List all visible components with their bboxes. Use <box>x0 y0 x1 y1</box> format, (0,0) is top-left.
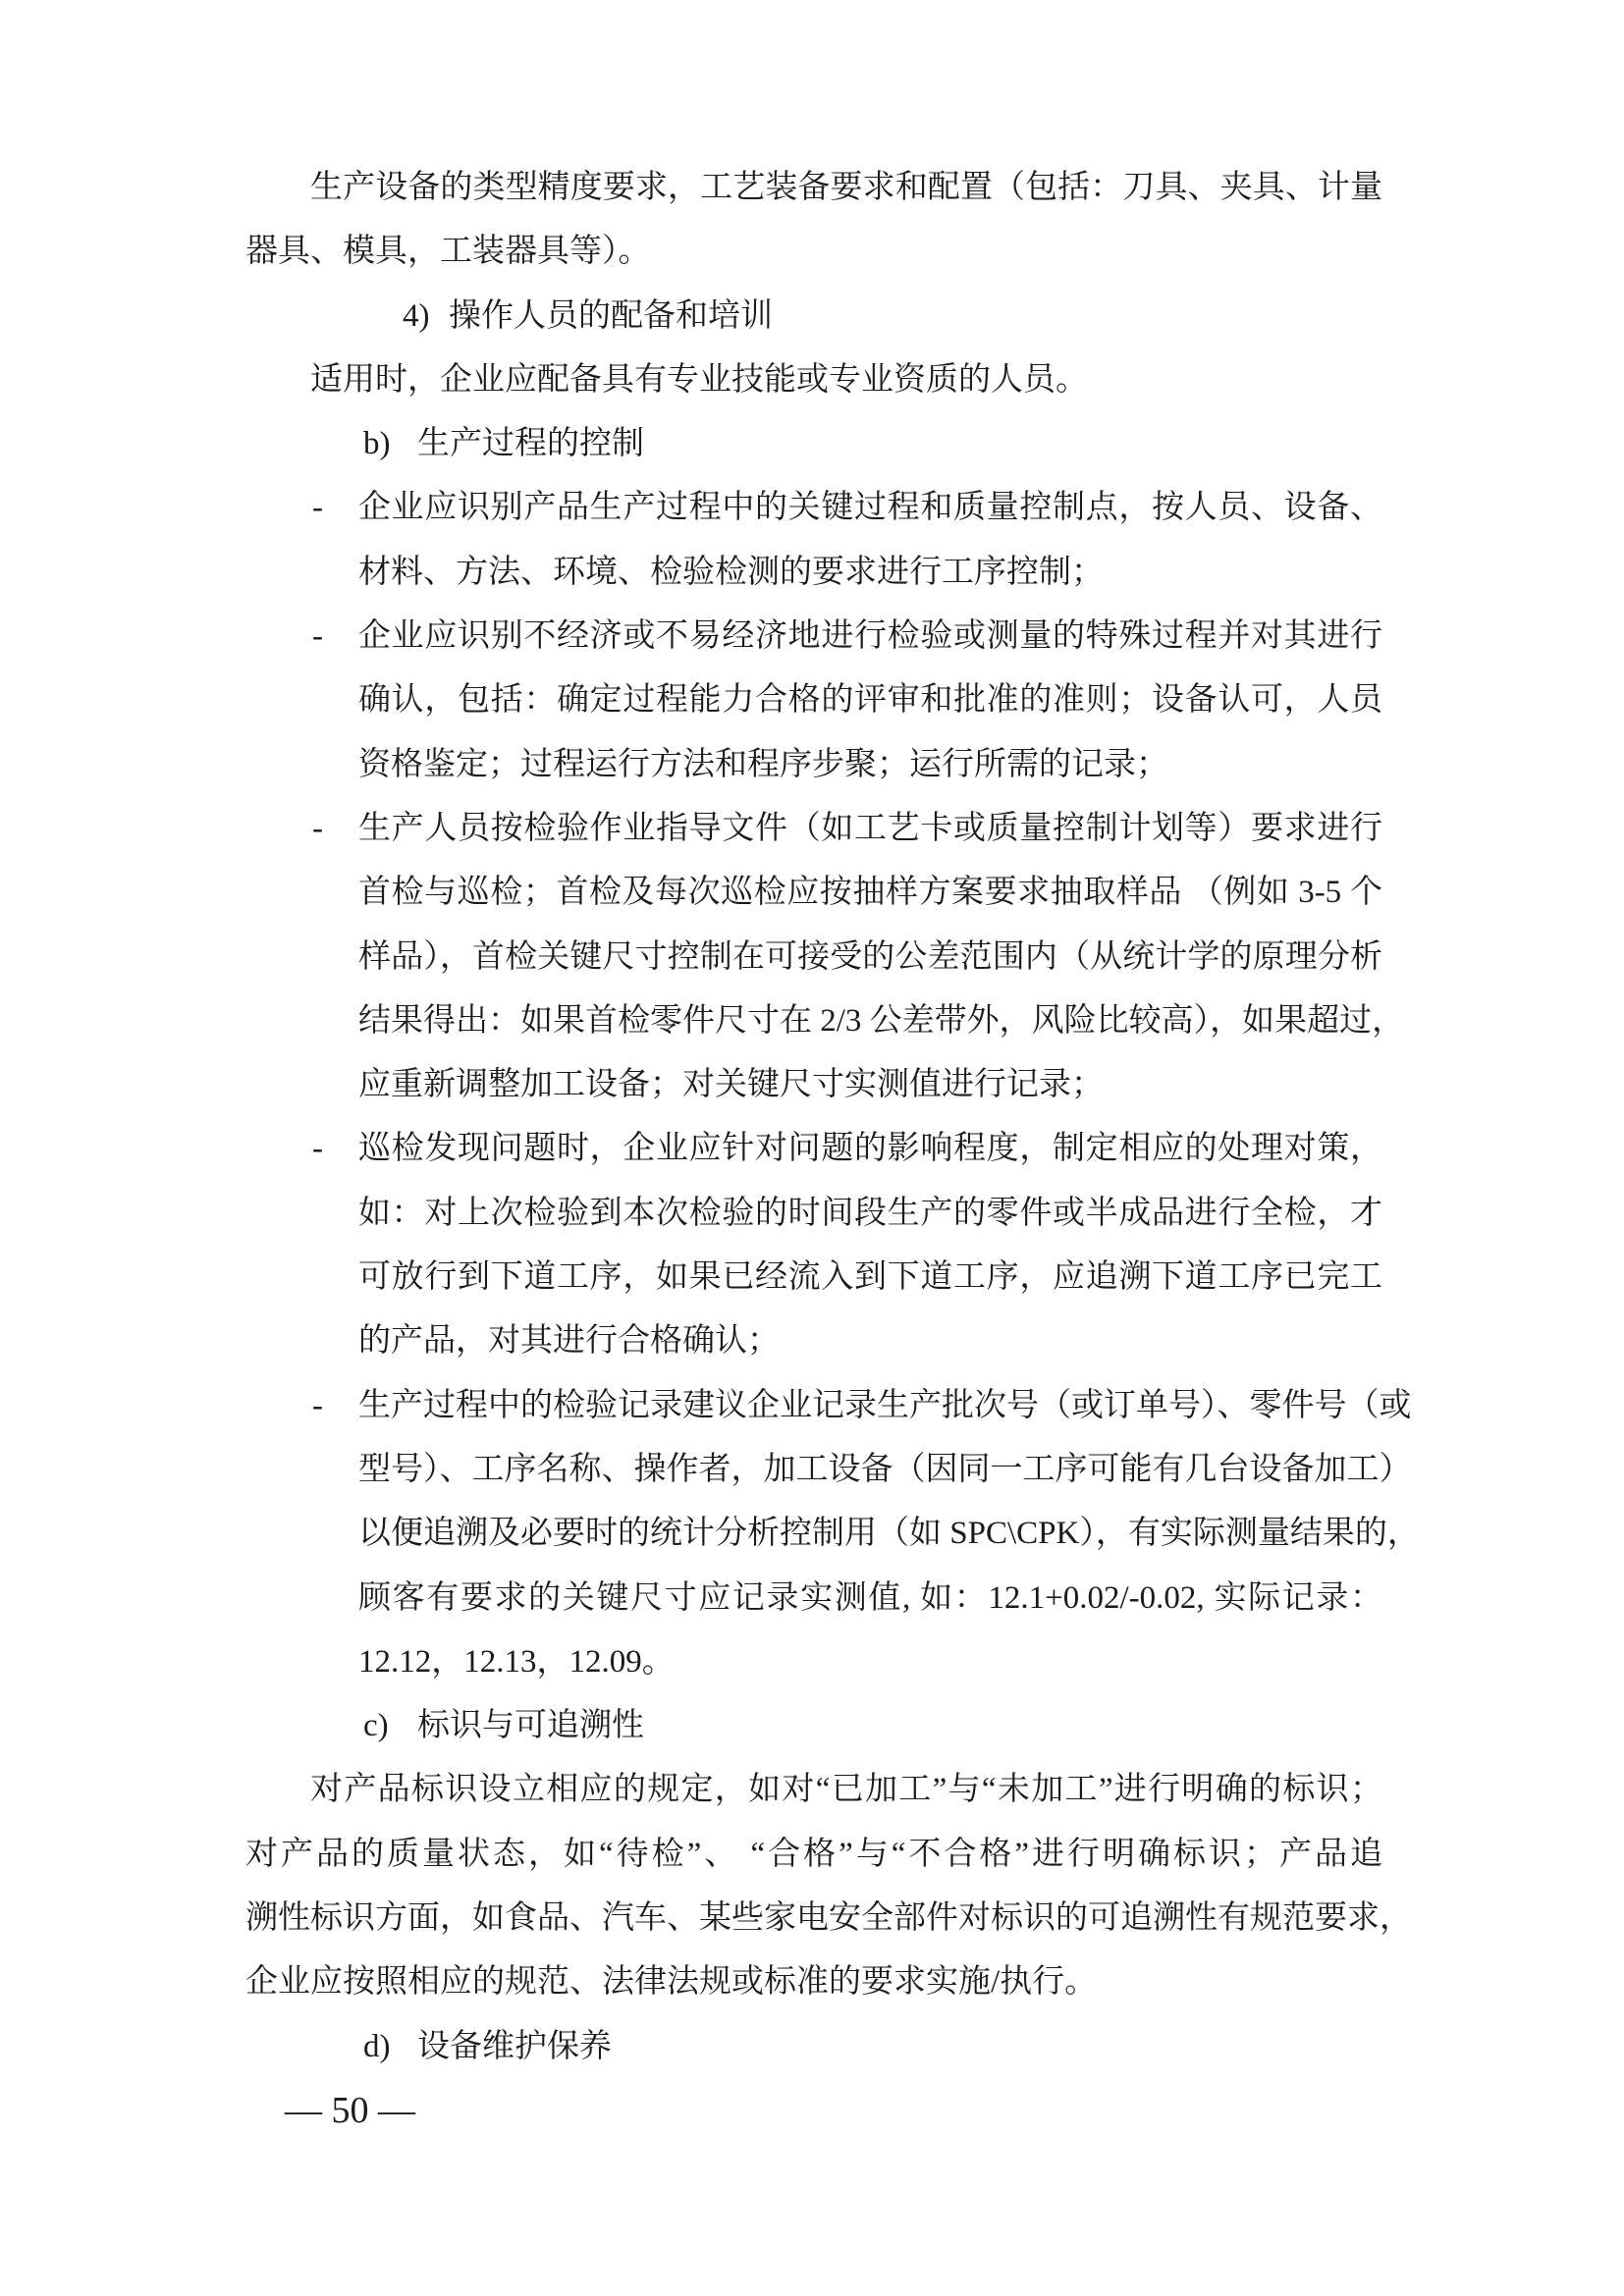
bullet-item-line: 确认，包括：确定过程能力合格的评审和批准的准则；设备认可，人员 <box>245 668 1382 732</box>
heading-d-label: d) <box>363 2015 391 2079</box>
heading-d: d)设备维护保养 <box>245 2015 1382 2079</box>
paragraph-line: 生产设备的类型精度要求，工艺装备要求和配置（包括：刀具、夹具、计量 <box>245 156 1382 220</box>
bullet-item-line: -巡检发现问题时，企业应针对问题的影响程度，制定相应的处理对策， <box>245 1117 1382 1181</box>
heading-4: 4)操作人员的配备和培训 <box>245 285 1382 348</box>
bullet-item-line: 首检与巡检；首检及每次巡检应按抽样方案要求抽取样品 （例如 3-5 个 <box>245 861 1382 925</box>
heading-4-label: 4) <box>403 285 430 348</box>
paragraph-line: 器具、模具，工装器具等）。 <box>245 220 1382 284</box>
bullet-dash: - <box>312 1374 323 1438</box>
bullet-item-line: 结果得出：如果首检零件尺寸在 2/3 公差带外，风险比较高），如果超过， <box>245 989 1382 1053</box>
paragraph-line: 溯性标识方面，如食品、汽车、某些家电安全部件对标识的可追溯性有规范要求， <box>245 1887 1382 1950</box>
bullet-item-line: 可放行到下道工序，如果已经流入到下道工序，应追溯下道工序已完工 <box>245 1246 1382 1309</box>
heading-4-text: 操作人员的配备和培训 <box>449 298 773 334</box>
heading-b-label: b) <box>363 412 391 476</box>
bullet-dash: - <box>312 797 323 861</box>
bullet-item-line: 以便追溯及必要时的统计分析控制用（如 SPC\CPK），有实际测量结果的， <box>245 1502 1382 1566</box>
paragraph-line: 对产品的质量状态，如“待检”、 “合格”与“不合格”进行明确标识；产品追 <box>245 1823 1382 1887</box>
heading-c-label: c) <box>363 1694 389 1758</box>
bullet-item-line: 如：对上次检验到本次检验的时间段生产的零件或半成品进行全检，才 <box>245 1182 1382 1246</box>
paragraph-line: 企业应按照相应的规范、法律法规或标准的要求实施/执行。 <box>245 1950 1382 2014</box>
bullet-item-line: -企业应识别不经济或不易经济地进行检验或测量的特殊过程并对其进行 <box>245 605 1382 668</box>
heading-d-text: 设备维护保养 <box>417 2029 612 2064</box>
heading-c-text: 标识与可追溯性 <box>417 1708 644 1743</box>
bullet-item-line: 样品），首检关键尺寸控制在可接受的公差范围内（从统计学的原理分析 <box>245 926 1382 989</box>
document-page: 生产设备的类型精度要求，工艺装备要求和配置（包括：刀具、夹具、计量 器具、模具，… <box>0 0 1624 2296</box>
bullet-item-line: 型号）、工序名称、操作者，加工设备（因同一工序可能有几台设备加工） <box>245 1438 1382 1502</box>
bullet-item-line: 顾客有要求的关键尺寸应记录实测值, 如：12.1+0.02/-0.02, 实际记… <box>245 1567 1382 1630</box>
bullet-item-line: 12.12，12.13，12.09。 <box>245 1630 1382 1694</box>
document-body: 生产设备的类型精度要求，工艺装备要求和配置（包括：刀具、夹具、计量 器具、模具，… <box>245 156 1382 2143</box>
bullet-item-line: 应重新调整加工设备；对关键尺寸实测值进行记录； <box>245 1053 1382 1117</box>
heading-c: c)标识与可追溯性 <box>245 1694 1382 1758</box>
bullet-item-line: 资格鉴定；过程运行方法和程序步聚；运行所需的记录； <box>245 733 1382 797</box>
bullet-item-line: 材料、方法、环境、检验检测的要求进行工序控制； <box>245 541 1382 605</box>
bullet-dash: - <box>312 605 323 668</box>
heading-b: b)生产过程的控制 <box>245 412 1382 476</box>
bullet-item-line: -生产过程中的检验记录建议企业记录生产批次号（或订单号）、零件号（或 <box>245 1374 1382 1438</box>
bullet-item-line: -生产人员按检验作业指导文件（如工艺卡或质量控制计划等）要求进行 <box>245 797 1382 861</box>
page-number: — 50 — <box>245 2079 1382 2143</box>
paragraph-line: 适用时，企业应配备具有专业技能或专业资质的人员。 <box>245 348 1382 412</box>
bullet-dash: - <box>312 476 323 540</box>
heading-b-text: 生产过程的控制 <box>417 426 644 461</box>
bullet-item-line: 的产品，对其进行合格确认； <box>245 1309 1382 1373</box>
bullet-item-line: -企业应识别产品生产过程中的关键过程和质量控制点，按人员、设备、 <box>245 476 1382 540</box>
bullet-dash: - <box>312 1117 323 1181</box>
paragraph-line: 对产品标识设立相应的规定，如对“已加工”与“未加工”进行明确的标识； <box>245 1758 1382 1822</box>
